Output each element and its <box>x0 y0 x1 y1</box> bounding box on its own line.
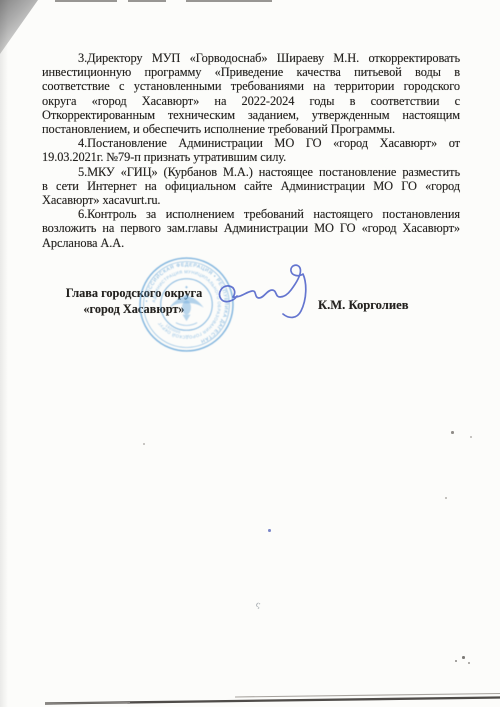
text-line: Хасавюрт» xacavurt.ru. <box>42 193 460 207</box>
scanned-document-page: 3.Директору МУП «Горводоснаб» Шираеву М.… <box>0 0 500 707</box>
text-line: в сети Интернет на официальном сайте Адм… <box>42 179 460 193</box>
text-line: 4.Постановление Администрации МО ГО «гор… <box>42 136 460 150</box>
scan-speck <box>268 529 271 532</box>
scan-top-edge <box>186 0 272 2</box>
scan-top-edge <box>55 0 117 2</box>
text-line: возложить на первого зам.главы Администр… <box>42 221 460 235</box>
scan-speck <box>445 497 447 499</box>
text-line: постановлением, и обеспечить исполнение … <box>42 122 460 136</box>
signer-name: К.М. Корголиев <box>318 298 409 313</box>
scan-speck <box>455 660 457 662</box>
scan-speck <box>451 431 454 434</box>
text-line: 5.МКУ «ГИЦ» (Курбанов М.А.) настоящее по… <box>42 165 460 179</box>
text-line: Откорректированным техническим заданием,… <box>42 108 460 122</box>
scan-speck <box>470 436 472 438</box>
scan-left-shade <box>0 0 8 707</box>
text-line: 3.Директору МУП «Горводоснаб» Шираеву М.… <box>42 51 460 65</box>
scan-speck: ς <box>255 600 261 610</box>
document-body: 3.Директору МУП «Горводоснаб» Шираеву М.… <box>42 51 460 250</box>
signature-ink <box>212 256 314 336</box>
stamp-eagle-emblem: ✦ <box>169 285 203 326</box>
scan-speck <box>462 656 465 659</box>
scan-top-edge <box>128 0 166 2</box>
text-line: округа «город Хасавюрт» на 2022-2024 год… <box>42 94 460 108</box>
text-line: соответствие с установленными требования… <box>42 79 460 93</box>
text-line: Арсланова А.А. <box>42 236 460 250</box>
text-line: 19.03.2021г. №79-п признать утратившим с… <box>42 150 460 164</box>
scan-bottom-edge <box>0 690 500 707</box>
text-line: 6.Контроль за исполнением требований нас… <box>42 207 460 221</box>
scan-speck <box>143 443 145 445</box>
svg-text:✦: ✦ <box>184 285 189 291</box>
text-line: инвестиционную программу «Приведение кач… <box>42 65 460 79</box>
scan-speck <box>468 662 470 664</box>
